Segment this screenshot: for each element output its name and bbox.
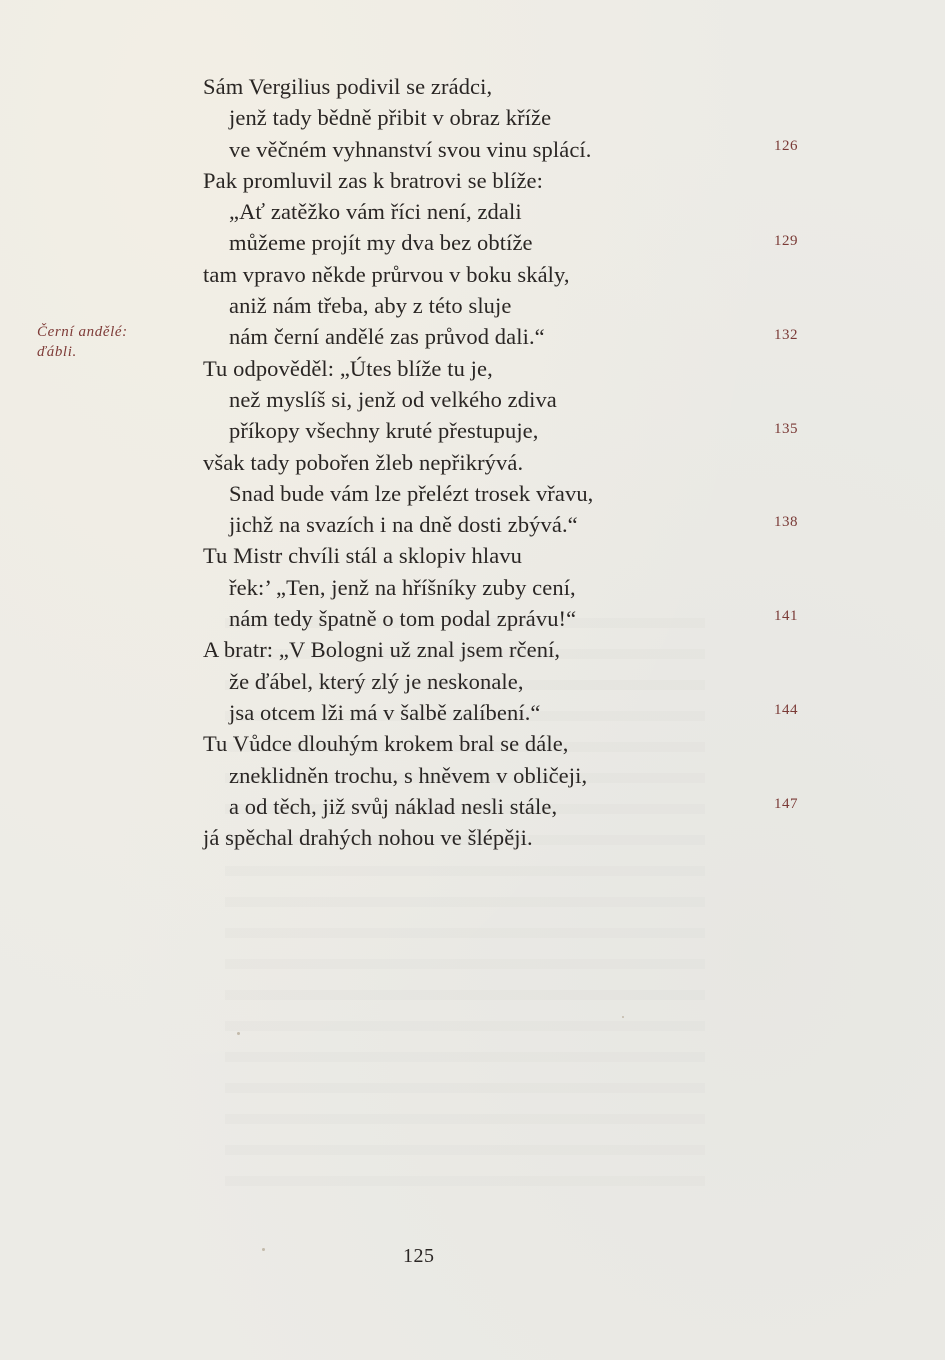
verse-line: můžeme projít my dva bez obtíže xyxy=(203,227,743,258)
verse-line: Tu Vůdce dlouhým krokem bral se dále, xyxy=(203,728,743,759)
verse-line: ve věčném vyhnanství svou vinu splácí. xyxy=(203,134,743,165)
paper-speck xyxy=(237,1032,240,1035)
poem-verses: Sám Vergilius podivil se zrádci,jenž tad… xyxy=(203,71,743,853)
gloss-line: Černí andělé: xyxy=(37,322,128,342)
verse-line: zneklidněn trochu, s hněvem v obličeji, xyxy=(203,760,743,791)
line-number: 141 xyxy=(774,608,798,625)
line-number: 132 xyxy=(774,327,798,344)
book-page: Černí andělé: ďábli. Sám Vergilius podiv… xyxy=(0,0,945,1360)
verse-line: řek:’ „Ten, jenž na hříšníky zuby cení, xyxy=(203,572,743,603)
verse-line: jsa otcem lži má v šalbě zalíbení.“ xyxy=(203,697,743,728)
verse-line: než myslíš si, jenž od velkého zdiva xyxy=(203,384,743,415)
verse-line: nám tedy špatně o tom podal zprávu!“ xyxy=(203,603,743,634)
verse-line: Snad bude vám lze přelézt trosek vřavu, xyxy=(203,478,743,509)
line-number: 147 xyxy=(774,796,798,813)
verse-line: že ďábel, který zlý je neskonale, xyxy=(203,666,743,697)
line-number: 129 xyxy=(774,233,798,250)
line-number: 135 xyxy=(774,421,798,438)
line-number: 138 xyxy=(774,514,798,531)
verse-line: jenž tady bědně přibit v obraz kříže xyxy=(203,102,743,133)
page-number: 125 xyxy=(403,1245,435,1268)
paper-speck xyxy=(262,1248,265,1251)
verse-line: tam vpravo někde průrvou v boku skály, xyxy=(203,259,743,290)
margin-gloss: Černí andělé: ďábli. xyxy=(37,322,128,362)
verse-line: „Ať zatěžko vám říci není, zdali xyxy=(203,196,743,227)
verse-line: jichž na svazích i na dně dosti zbývá.“ xyxy=(203,509,743,540)
verse-line: já spěchal drahých nohou ve šlépěji. xyxy=(203,822,743,853)
verse-line: Pak promluvil zas k bratrovi se blíže: xyxy=(203,165,743,196)
verse-line: nám černí andělé zas průvod dali.“ xyxy=(203,321,743,352)
paper-speck xyxy=(622,1016,624,1018)
verse-line: A bratr: „V Bologni už znal jsem rčení, xyxy=(203,634,743,665)
verse-line: příkopy všechny kruté přestupuje, xyxy=(203,415,743,446)
verse-line: Sám Vergilius podivil se zrádci, xyxy=(203,71,743,102)
line-number: 126 xyxy=(774,138,798,155)
gloss-line: ďábli. xyxy=(37,342,128,362)
verse-line: aniž nám třeba, aby z této sluje xyxy=(203,290,743,321)
verse-line: Tu odpověděl: „Útes blíže tu je, xyxy=(203,353,743,384)
verse-line: však tady pobořen žleb nepřikrývá. xyxy=(203,447,743,478)
verse-line: a od těch, již svůj náklad nesli stále, xyxy=(203,791,743,822)
verse-line: Tu Mistr chvíli stál a sklopiv hlavu xyxy=(203,540,743,571)
line-number: 144 xyxy=(774,702,798,719)
